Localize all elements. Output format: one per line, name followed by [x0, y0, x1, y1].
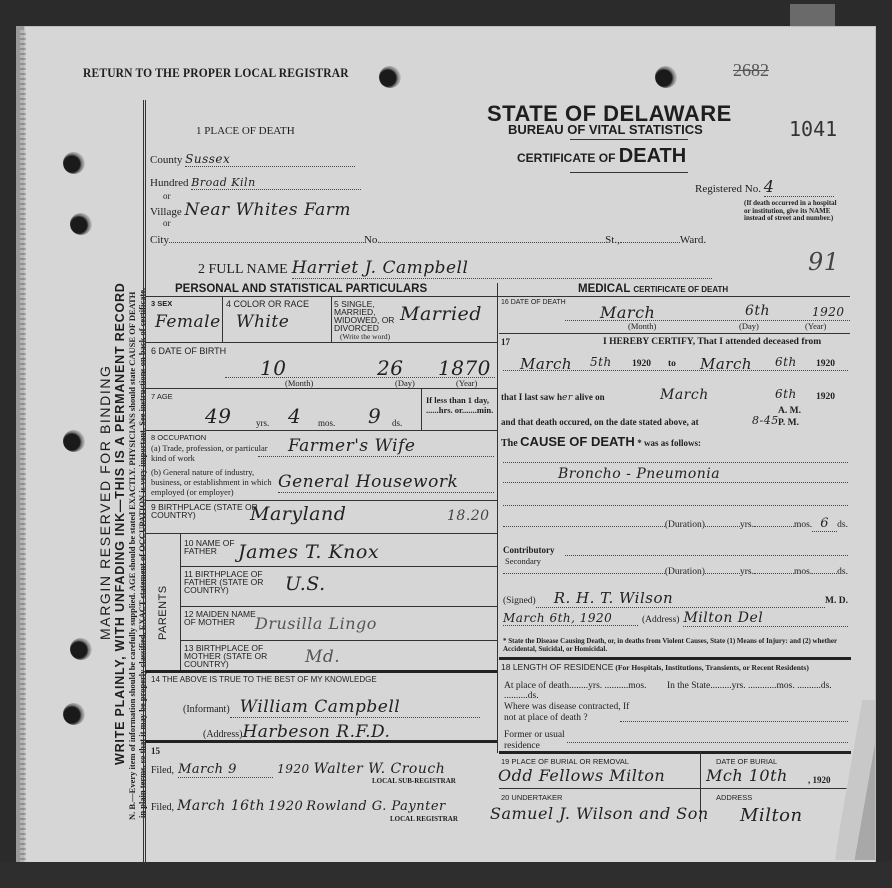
cause-suffix: * was as follows:	[637, 438, 701, 448]
year-caption: (Year)	[805, 321, 826, 331]
attended-from-year: 1920	[632, 359, 651, 369]
last-saw-row: that I last saw her alive on	[501, 392, 605, 403]
contributory-line	[565, 555, 848, 556]
city-value	[169, 234, 364, 243]
signed-row: (Signed) R. H. T. Wilson M. D.	[503, 589, 848, 608]
undertaker-address-value: Milton	[740, 805, 803, 826]
contributory-label: Contributory	[503, 545, 555, 555]
st-label: St.,	[605, 234, 620, 246]
rule	[180, 640, 497, 641]
rule	[180, 566, 497, 567]
less-than-day-note: If less than 1 day, ......hrs. or.......…	[426, 395, 496, 415]
medical-subtitle: CERTIFICATE OF DEATH	[633, 285, 728, 294]
margin-ink-note: WRITE PLAINLY, WITH UNFADING INK—THIS IS…	[113, 282, 127, 765]
dotted-line	[754, 526, 794, 527]
rule	[421, 388, 422, 430]
certificate-word: DEATH	[619, 145, 686, 167]
day-caption: (Day)	[739, 321, 759, 331]
mother-birthplace-label: 13 BIRTHPLACE OF MOTHER (State or countr…	[184, 644, 274, 668]
yrs-caption: yrs.	[256, 418, 269, 428]
dotted-line	[754, 573, 794, 574]
header-rule	[570, 172, 688, 173]
color-label: 4 COLOR OR RACE	[226, 299, 309, 309]
dod-day: 6th	[745, 303, 770, 319]
undertaker-label: 20 UNDERTAKER	[501, 793, 562, 802]
mos-caption: mos.	[794, 520, 812, 530]
month-caption: (Month)	[628, 321, 656, 331]
registered-no-value: 4	[764, 177, 834, 197]
undertaker-address-label: ADDRESS	[716, 793, 752, 802]
punch-hole-icon	[63, 430, 85, 452]
mother-name-value: Drusilla Lingo	[255, 614, 377, 633]
marital-label: 5 SINGLE, MARRIED, WIDOWED, OR DIVORCED	[334, 300, 404, 332]
former-residence-label: Former or usual residence	[504, 730, 594, 752]
no-label: No.	[364, 234, 380, 246]
punch-hole-icon	[63, 703, 85, 725]
certify-text: I HEREBY CERTIFY, That I attended deceas…	[603, 337, 821, 347]
county-value: Sussex	[185, 152, 355, 167]
residence-title-row: 18 LENGTH OF RESIDENCE (For Hospitals, I…	[501, 662, 809, 672]
yrs-caption: yrs.	[740, 520, 754, 530]
age-months: 4	[288, 404, 301, 428]
physician-address-label: (Address)	[642, 615, 679, 625]
cause-prefix: The	[501, 438, 518, 449]
background-surface	[0, 862, 892, 888]
undertaker-value: Samuel J. Wilson and Son	[490, 804, 709, 823]
duration-label: (Duration)	[665, 520, 705, 530]
informant-row: (Informant) William Campbell	[183, 697, 480, 718]
age-label: 7 AGE	[151, 392, 173, 401]
mother-name-label: 12 MAIDEN NAME OF MOTHER	[184, 610, 264, 626]
rule	[331, 297, 332, 342]
punch-hole-icon	[655, 66, 677, 88]
full-name-row: 2 FULL NAME Harriet J. Campbell	[198, 258, 712, 279]
burial-date-label: DATE OF BURIAL	[716, 757, 777, 766]
rule	[145, 500, 497, 501]
attended-from-month: March	[520, 355, 572, 373]
occupation-a-label: (a) Trade, profession, or particular kin…	[151, 443, 271, 463]
filed-date-2: March 16th	[177, 798, 265, 814]
registered-no-label: Registered No.	[695, 183, 761, 195]
street-value	[380, 234, 605, 243]
rule	[499, 333, 850, 334]
rule	[222, 297, 223, 342]
ds-caption: ds.	[392, 418, 402, 428]
father-name-value: James T. Knox	[238, 541, 379, 563]
file-number: 1041	[789, 117, 837, 141]
occupation-label: 8 OCCUPATION	[151, 433, 206, 442]
cause-title: CAUSE OF DEATH	[520, 434, 635, 449]
informant-address-label: (Address)	[203, 729, 242, 740]
return-notice: RETURN TO THE PROPER LOCAL REGISTRAR	[83, 66, 349, 81]
age-days: 9	[368, 404, 381, 428]
medical-section-title: MEDICAL CERTIFICATE OF DEATH	[578, 283, 728, 295]
medical-title: MEDICAL	[578, 283, 630, 295]
father-birthplace-value: U.S.	[285, 573, 326, 595]
occupation-b-label: (b) General nature of industry, business…	[151, 467, 281, 497]
full-name-value: Harriet J. Campbell	[292, 258, 712, 279]
filing-number: 15	[151, 746, 160, 756]
last-saw-text: that I last saw h	[501, 392, 562, 402]
former-residence-line	[567, 742, 848, 743]
rule	[145, 430, 497, 431]
rule	[499, 657, 851, 660]
physician-signature: R. H. T. Wilson	[536, 589, 825, 608]
cause-footnote: * State the Disease Causing Death, or, i…	[503, 637, 848, 653]
filed-registrar-row: Filed, March 16th 1920 Rowland G. Paynte…	[151, 798, 446, 814]
punch-hole-icon	[379, 66, 401, 88]
header-rule	[570, 139, 688, 140]
cause-line	[503, 462, 848, 463]
death-time-text: and that death occured, on the date stat…	[501, 417, 699, 427]
mos-caption: mos.	[794, 567, 812, 577]
burial-place-value: Odd Fellows Milton	[498, 766, 665, 785]
certify-number: 17	[501, 337, 510, 347]
dotted-line	[812, 573, 837, 574]
registrar-label: LOCAL REGISTRAR	[390, 815, 458, 823]
filed-year-2: 1920	[268, 799, 303, 814]
mos-caption: mos.	[318, 418, 335, 428]
informant-title: 14 THE ABOVE IS TRUE TO THE BEST OF MY K…	[151, 675, 377, 684]
rule	[180, 606, 497, 607]
burial-year: , 1920	[808, 775, 831, 785]
attended-to-month: March	[700, 355, 752, 373]
duration-row-2: (Duration) yrs. mos. ds.	[503, 567, 848, 577]
personal-section-title: PERSONAL AND STATISTICAL PARTICULARS	[175, 283, 427, 295]
attended-to-year: 1920	[816, 359, 835, 369]
full-name-label: 2 FULL NAME	[198, 262, 288, 278]
city-row: City No. St., Ward.	[150, 234, 730, 246]
informant-value: William Campbell	[230, 697, 480, 718]
day-caption: (Day)	[395, 378, 415, 388]
rule	[499, 788, 851, 789]
punch-hole-icon	[63, 152, 85, 174]
rule	[499, 751, 851, 754]
md-label: M. D.	[825, 596, 848, 606]
occupation-a-value: Farmer's Wife	[258, 436, 494, 457]
dod-month: March	[600, 303, 655, 322]
registered-number: Registered No. 4	[695, 177, 834, 197]
yrs-caption: yrs.	[740, 567, 754, 577]
physician-address-row: March 6th, 1920 (Address) Milton Del	[503, 610, 848, 627]
sub-registrar-name: Walter W. Crouch	[314, 761, 446, 777]
ds-caption: ds.	[837, 520, 848, 530]
filed-sub-registrar-row: Filed, March 9 1920 Walter W. Crouch	[151, 761, 445, 778]
attended-from-day: 5th	[590, 355, 612, 369]
hundred-row: Hundred Broad Kiln	[150, 176, 361, 190]
signed-label: (Signed)	[503, 596, 536, 606]
cause-line	[503, 505, 848, 506]
cause-value: Broncho - Pneumonia	[503, 466, 848, 483]
parents-label: PARENTS	[157, 585, 169, 640]
secondary-label: Secondary	[505, 556, 541, 566]
marital-sub: (Write the word)	[340, 333, 390, 341]
last-saw-year: 1920	[816, 392, 835, 402]
margin-divider	[143, 100, 146, 865]
last-saw-pronoun: er	[562, 393, 573, 403]
binding-edge	[20, 30, 26, 864]
city-label: City	[150, 234, 169, 246]
death-time-value: 8-45	[752, 414, 779, 427]
sex-value: Female	[155, 312, 221, 332]
physician-address: Milton Del	[683, 610, 848, 627]
village-value: Near Whites Farm	[184, 200, 351, 220]
duration-row-1: (Duration) yrs. mos. 6 ds.	[503, 516, 848, 532]
cause-title-row: The CAUSE OF DEATH * was as follows:	[501, 434, 701, 449]
last-saw-day: 6th	[775, 387, 797, 401]
or-label: or	[163, 218, 171, 228]
filed-date-1: March 9	[178, 762, 273, 778]
at-place-of-death: At place of death........yrs. ..........…	[504, 681, 674, 701]
marital-value: Married	[400, 303, 482, 325]
residence-title: 18 LENGTH OF RESIDENCE	[501, 662, 613, 672]
sub-registrar-label: LOCAL SUB-REGISTRAR	[372, 777, 456, 785]
where-contracted-label: Where was disease contracted, If not at …	[504, 702, 634, 724]
duration-days: 6	[812, 516, 837, 532]
dob-line	[225, 377, 495, 378]
side-number: 91	[808, 248, 840, 276]
certificate-prefix: CERTIFICATE OF	[517, 151, 615, 165]
rule	[180, 533, 181, 670]
rule	[145, 670, 497, 673]
dotted-line	[503, 526, 665, 527]
birthplace-label: 9 BIRTHPLACE (State or country)	[151, 503, 261, 519]
rule	[145, 342, 497, 343]
dotted-line	[503, 573, 665, 574]
dotted-line	[705, 526, 740, 527]
column-divider	[497, 283, 498, 753]
residence-subtitle: (For Hospitals, Institutions, Transients…	[615, 663, 808, 672]
mother-birthplace-value: Md.	[305, 647, 340, 667]
attended-to-day: 6th	[775, 355, 797, 369]
certificate-title: CERTIFICATE OF DEATH	[517, 145, 686, 168]
dotted-line	[705, 573, 740, 574]
to-label: to	[668, 359, 676, 369]
signed-date: March 6th, 1920	[503, 611, 638, 626]
year-caption: (Year)	[456, 378, 477, 388]
filed-year-1: 1920	[277, 762, 310, 776]
ward-label: Ward.	[680, 234, 706, 246]
background-sheet-tab	[790, 4, 835, 26]
punch-hole-icon	[70, 213, 92, 235]
am-label: A. M.	[778, 406, 801, 416]
ds-caption: ds.	[837, 567, 848, 577]
father-birthplace-label: 11 BIRTHPLACE OF FATHER (State or countr…	[184, 570, 274, 594]
informant-label: (Informant)	[183, 704, 230, 715]
burial-date-value: Mch 10th	[706, 766, 788, 785]
dod-label: 16 DATE OF DEATH	[501, 299, 566, 306]
alive-on-text: alive on	[575, 392, 605, 402]
county-row: County Sussex	[150, 152, 365, 167]
ward-value	[620, 234, 680, 243]
hundred-label: Hundred	[150, 177, 189, 189]
age-years: 49	[205, 404, 231, 428]
hundred-value: Broad Kiln	[191, 176, 361, 190]
in-state: In the State.........yrs. ............mo…	[667, 681, 852, 691]
month-caption: (Month)	[285, 378, 313, 388]
old-certificate-number: 2682	[733, 60, 769, 81]
rule	[145, 388, 497, 389]
hospital-note: (If death occurred in a hospital or inst…	[744, 200, 844, 223]
filed-label: Filed,	[151, 765, 174, 776]
dob-label: 6 DATE OF BIRTH	[151, 346, 226, 356]
village-label: Village	[150, 206, 182, 218]
dod-year: 1920	[812, 305, 845, 319]
occupation-b-value: General Housework	[278, 472, 494, 493]
margin-instruction-1: N. B.—Every item of information should b…	[127, 292, 137, 820]
margin-binding-note: MARGIN RESERVED FOR BINDING	[97, 364, 113, 640]
village-row: Village Near Whites Farm	[150, 200, 351, 220]
punch-hole-icon	[70, 638, 92, 660]
last-saw-month: March	[660, 387, 709, 403]
color-value: White	[236, 312, 289, 332]
county-label: County	[150, 154, 182, 166]
filed-label: Filed,	[151, 802, 174, 813]
bureau-title: BUREAU OF VITAL STATISTICS	[508, 122, 703, 137]
birthplace-note: 18.20	[447, 508, 490, 524]
burial-place-label: 19 PLACE OF BURIAL OR REMOVAL	[501, 757, 629, 766]
rule	[145, 533, 497, 534]
birthplace-value: Maryland	[250, 503, 346, 525]
sex-label: 3 SEX	[151, 299, 172, 308]
pm-label: P. M.	[778, 418, 799, 428]
where-contracted-line	[620, 721, 848, 722]
place-of-death-title: 1 PLACE OF DEATH	[196, 125, 295, 137]
rule	[145, 740, 497, 743]
registrar-name: Rowland G. Paynter	[306, 799, 445, 814]
duration-label: (Duration)	[665, 567, 705, 577]
